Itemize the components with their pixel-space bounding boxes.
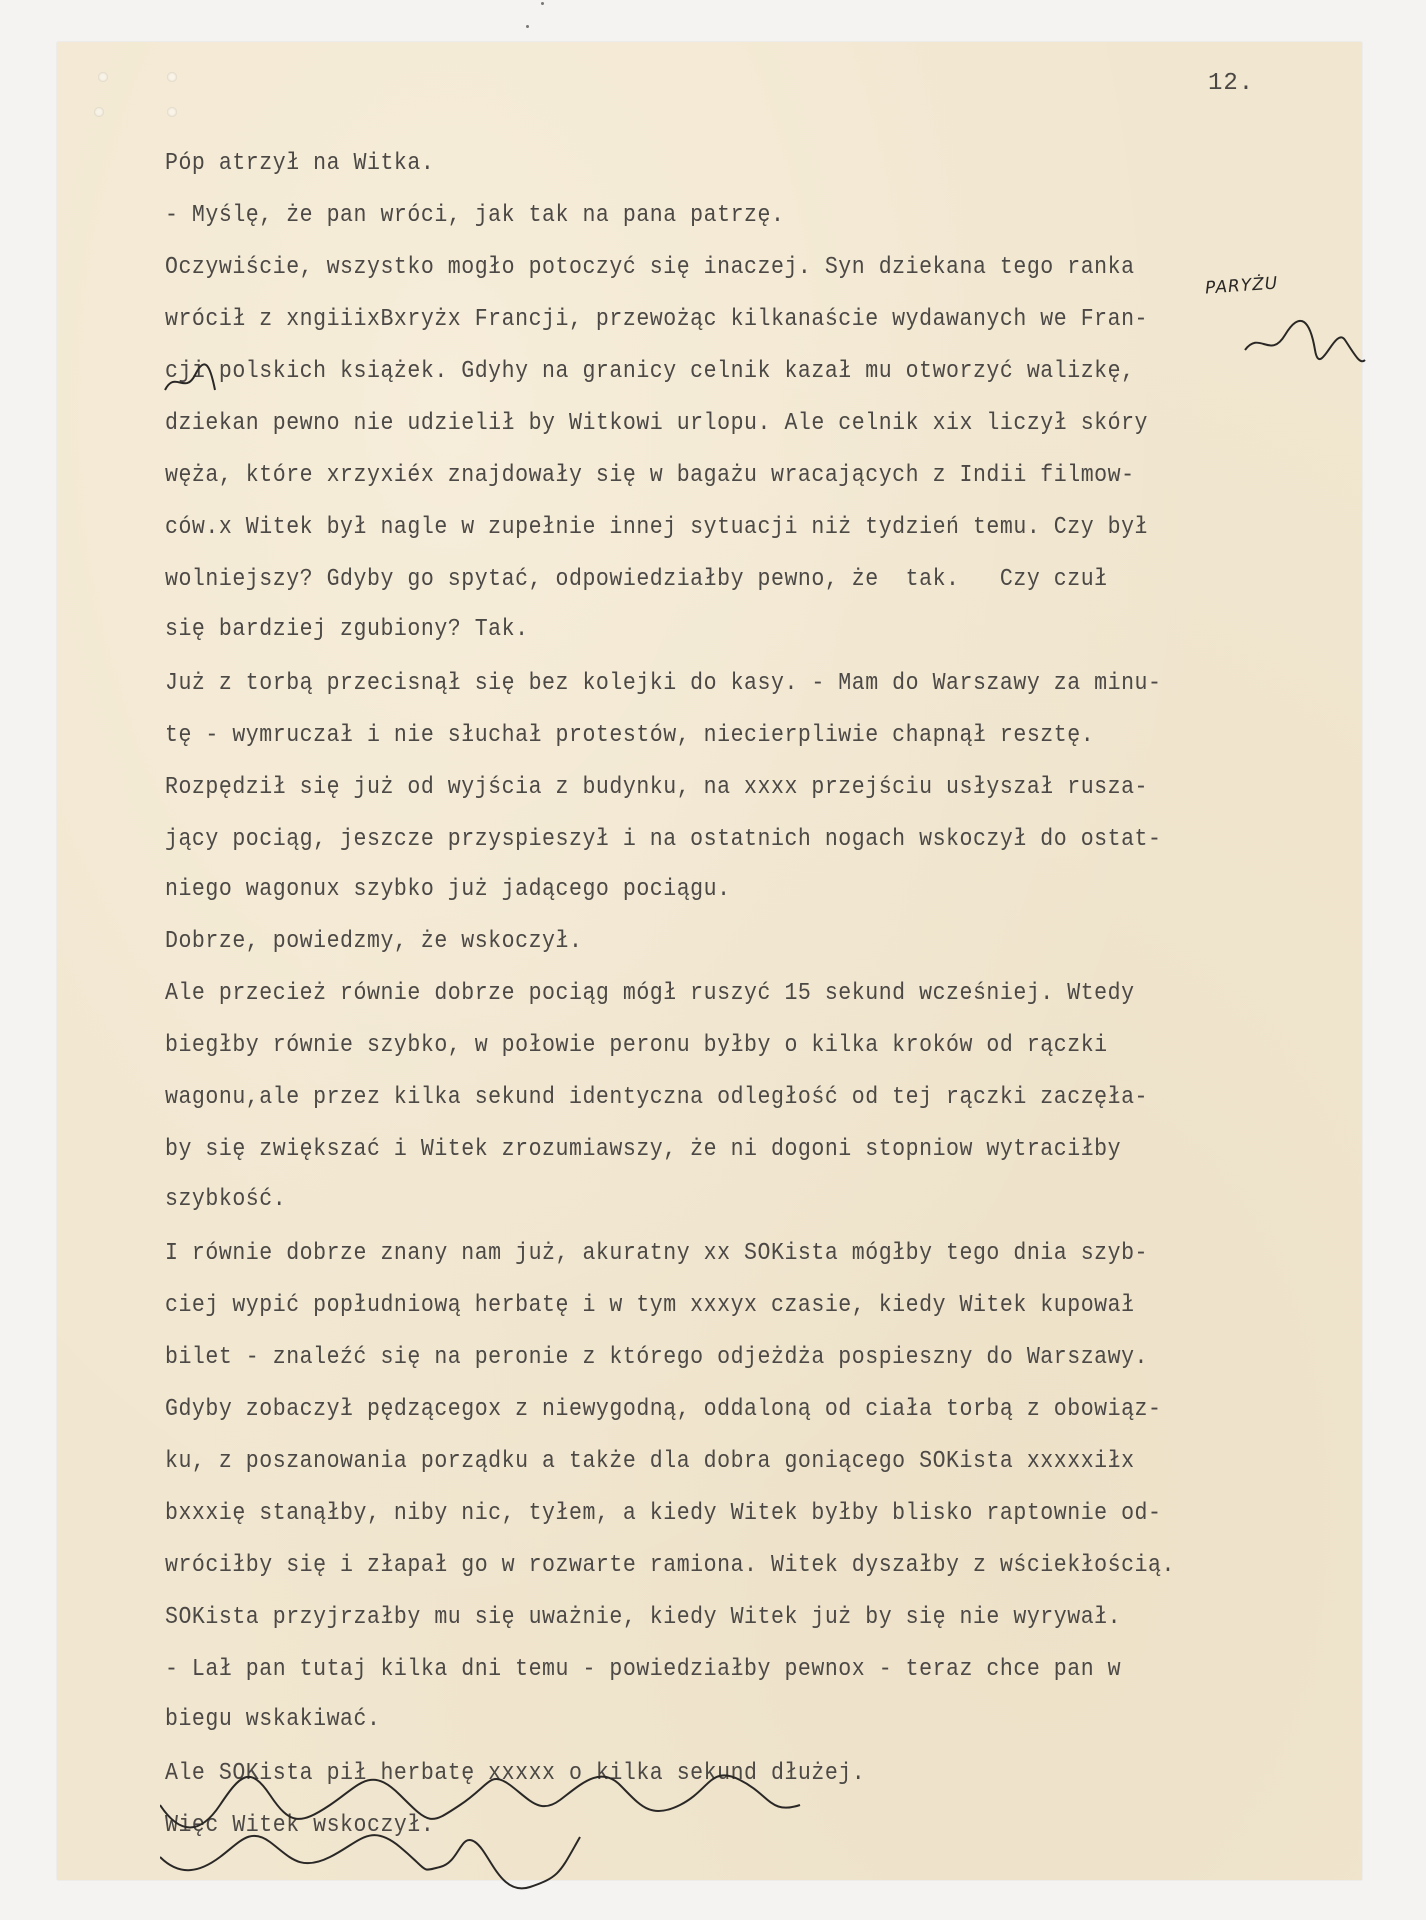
text-line: cji polskich książek. Gdyhy na granicy c… bbox=[165, 358, 1135, 385]
text-line: by się zwiększać i Witek zrozumiawszy, ż… bbox=[165, 1136, 1121, 1163]
text-line: ku, z poszanowania porządku a także dla … bbox=[165, 1448, 1135, 1475]
text-line: Póp atrzył na Witka. bbox=[165, 150, 434, 177]
page-number: 12. bbox=[1208, 70, 1254, 97]
text-line: Rozpędził się już od wyjścia z budynku, … bbox=[165, 774, 1148, 801]
text-line: się bardziej zgubiony? Tak. bbox=[165, 616, 529, 643]
text-line: biegu wskakiwać. bbox=[165, 1706, 380, 1733]
text-line: ców.x Witek był nagle w zupełnie innej s… bbox=[165, 514, 1148, 541]
text-line: wagonu,ale przez kilka sekund identyczna… bbox=[165, 1084, 1148, 1111]
text-line: jący pociąg, jeszcze przyspieszył i na o… bbox=[165, 826, 1162, 853]
text-line: bxxxię stanąłby, niby nic, tyłem, a kied… bbox=[165, 1500, 1162, 1527]
text-line: biegłby równie szybko, w połowie peronu … bbox=[165, 1032, 1108, 1059]
text-line: Dobrze, powiedzmy, że wskoczył. bbox=[165, 928, 582, 955]
text-line: - Lał pan tutaj kilka dni temu - powiedz… bbox=[165, 1656, 1121, 1683]
text-line: SOKista przyjrzałby mu się uważnie, kied… bbox=[165, 1604, 1121, 1631]
text-line: Oczywiście, wszystko mogło potoczyć się … bbox=[165, 254, 1135, 281]
text-line: szybkość. bbox=[165, 1186, 286, 1213]
text-line: Ale przecież równie dobrze pociąg mógł r… bbox=[165, 980, 1135, 1007]
text-line: bilet - znaleźć się na peronie z którego… bbox=[165, 1344, 1148, 1371]
punch-mark bbox=[98, 72, 108, 82]
text-line: wróciłby się i złapał go w rozwarte rami… bbox=[165, 1552, 1175, 1579]
text-line: - Myślę, że pan wróci, jak tak na pana p… bbox=[165, 202, 784, 229]
text-line: Gdyby zobaczył pędzącegox z niewygodną, … bbox=[165, 1396, 1162, 1423]
text-line: wolniejszy? Gdyby go spytać, odpowiedzia… bbox=[165, 566, 1108, 593]
text-line: węża, które xrzyxiéx znajdowały się w ba… bbox=[165, 462, 1135, 489]
punch-mark bbox=[167, 72, 177, 82]
punch-mark bbox=[167, 107, 177, 117]
text-line: niego wagonux szybko już jadącego pociąg… bbox=[165, 876, 731, 903]
crossed-out-line: Ale SOKista pił herbatę xxxxx o kilka se… bbox=[165, 1760, 865, 1787]
punch-mark bbox=[94, 107, 104, 117]
text-line: I równie dobrze znany nam już, akuratny … bbox=[165, 1240, 1148, 1267]
text-line: dziekan pewno nie udzielił by Witkowi ur… bbox=[165, 410, 1148, 437]
dust-speck bbox=[541, 2, 544, 5]
text-line: wrócił z xngiiixBxryżx Francji, przewożą… bbox=[165, 306, 1148, 333]
text-line: ciej wypić popłudniową herbatę i w tym x… bbox=[165, 1292, 1135, 1319]
text-line: Już z torbą przecisnął się bez kolejki d… bbox=[165, 670, 1162, 697]
dust-speck bbox=[526, 25, 529, 28]
text-line: tę - wymruczał i nie słuchał protestów, … bbox=[165, 722, 1094, 749]
crossed-out-line: Więc Witek wskoczył. bbox=[165, 1812, 434, 1839]
